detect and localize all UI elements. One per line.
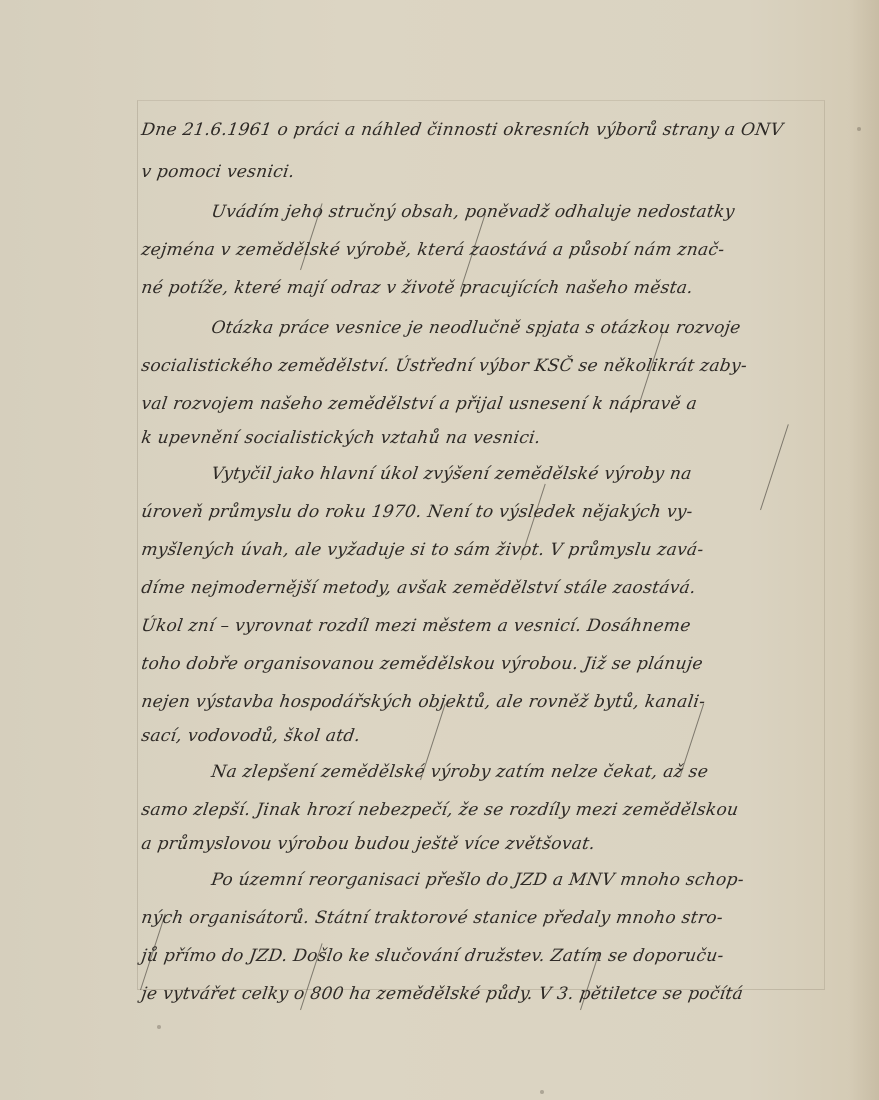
text-line: Dne 21.6.1961 o práci a náhled činnosti …: [140, 120, 784, 140]
text-line: sací, vodovodů, škol atd.: [140, 726, 362, 746]
text-line: Vytyčil jako hlavní úkol zvýšení zeměděl…: [210, 464, 693, 484]
text-line: Na zlepšení zemědělské výroby zatím nelz…: [210, 762, 710, 782]
text-line: val rozvojem našeho zemědělství a přijal…: [140, 394, 698, 414]
text-line: jů přímo do JZD. Došlo ke slučování druž…: [140, 946, 725, 966]
page-edge-shadow: [849, 0, 879, 1100]
text-line: a průmyslovou výrobou budou ještě více z…: [140, 834, 596, 854]
text-line: ných organisátorů. Státní traktorové sta…: [140, 908, 724, 928]
text-line: Otázka práce vesnice je neodlučně spjata…: [210, 318, 742, 338]
text-line: Uvádím jeho stručný obsah, poněvadž odha…: [210, 202, 736, 222]
text-line: Úkol zní – vyrovnat rozdíl mezi městem a…: [140, 616, 692, 636]
text-line: k upevnění socialistických vztahů na ves…: [140, 428, 542, 448]
paper-speck: [857, 127, 861, 131]
text-line: zejména v zemědělské výrobě, která zaost…: [140, 240, 726, 260]
text-line: samo zlepší. Jinak hrozí nebezpečí, že s…: [140, 800, 740, 820]
text-line: Po územní reorganisaci přešlo do JZD a M…: [210, 870, 745, 890]
text-line: je vytvářet celky o 800 ha zemědělské pů…: [140, 984, 744, 1004]
text-line: díme nejmodernější metody, avšak zeměděl…: [140, 578, 697, 598]
text-line: myšlených úvah, ale vyžaduje si to sám ž…: [140, 540, 705, 560]
text-line: nejen výstavba hospodářských objektů, al…: [140, 692, 707, 712]
text-line: toho dobře organisovanou zemědělskou výr…: [140, 654, 704, 674]
text-line: né potíže, které mají odraz v životě pra…: [140, 278, 694, 298]
paper-speck: [157, 1025, 161, 1029]
text-line: v pomoci vesnici.: [140, 162, 296, 182]
document-page: Dne 21.6.1961 o práci a náhled činnosti …: [0, 0, 879, 1100]
paper-speck: [540, 1090, 544, 1094]
text-line: socialistického zemědělství. Ústřední vý…: [140, 356, 748, 376]
text-line: úroveň průmyslu do roku 1970. Není to vý…: [140, 502, 694, 522]
